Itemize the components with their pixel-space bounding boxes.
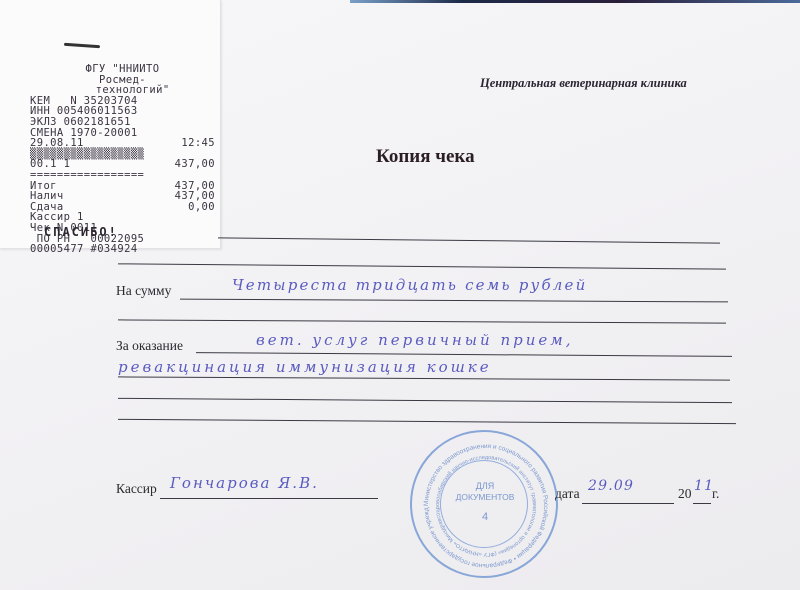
- receipt-line-left: =================: [30, 170, 144, 181]
- amount-line: [180, 299, 728, 303]
- receipt-line-left: ЭКЛЗ 0602181651: [30, 117, 131, 128]
- blank-line: [118, 319, 726, 323]
- stamp-label-1: ДЛЯ: [441, 481, 529, 491]
- receipt-line-left: ФГУ "ННИИТО: [86, 64, 160, 75]
- receipt-line: 00005477 #034924: [30, 244, 215, 255]
- service-label: За оказание: [116, 338, 183, 354]
- receipt-line-right: 437,00: [175, 159, 215, 170]
- scan-edge: [350, 0, 800, 3]
- stamp-number: 4: [441, 511, 529, 523]
- receipt-line: =================: [30, 170, 215, 181]
- service-value-line1: вет. услуг первичный прием,: [256, 331, 573, 349]
- receipt-thanks: СПАСИБО!: [44, 225, 118, 239]
- receipt-line-right: 12:45: [181, 138, 215, 149]
- blank-line: [118, 419, 736, 424]
- receipt-line-left: 00005477 #034924: [30, 244, 138, 255]
- amount-label: На сумму: [116, 283, 171, 299]
- receipt-mark: [64, 43, 100, 49]
- blank-line: [118, 398, 732, 403]
- page-title: Копия чека: [376, 146, 475, 168]
- year-prefix: 20: [678, 486, 692, 502]
- service-line: [196, 352, 732, 357]
- cashier-line: [160, 498, 378, 499]
- round-stamp: Министерство здравоохранения и социально…: [410, 430, 558, 578]
- date-label: дата: [555, 486, 580, 502]
- clinic-name: Центральная ветеринарная клиника: [480, 76, 687, 91]
- date-value: 29.09: [588, 478, 634, 494]
- receipt-line: ЭКЛЗ 0602181651: [30, 117, 215, 128]
- stamp-inner-circle: ДЛЯ ДОКУМЕНТОВ 4: [440, 460, 528, 548]
- blank-line: [118, 263, 726, 269]
- year-suffix: г.: [712, 486, 719, 502]
- receipt-line-right: 0,00: [188, 202, 215, 213]
- amount-value: Четыреста тридцать семь рублей: [232, 276, 587, 294]
- cashier-signature: Гончарова Я.В.: [170, 474, 319, 492]
- cash-receipt: ФГУ "ННИИТОРосмед- технологий"КЕМ N 3520…: [0, 0, 221, 249]
- stamp-label-2: ДОКУМЕНТОВ: [441, 492, 529, 502]
- year-line: [693, 503, 711, 504]
- cashier-label: Кассир: [116, 481, 157, 497]
- date-line: [582, 503, 674, 504]
- receipt-line: ФГУ "ННИИТО: [30, 64, 215, 75]
- service-line-2: [118, 376, 730, 380]
- service-value-line2: ревакцинация иммунизация кошке: [118, 358, 492, 376]
- scanned-document: ФГУ "ННИИТОРосмед- технологий"КЕМ N 3520…: [0, 0, 800, 590]
- blank-line: [218, 237, 720, 243]
